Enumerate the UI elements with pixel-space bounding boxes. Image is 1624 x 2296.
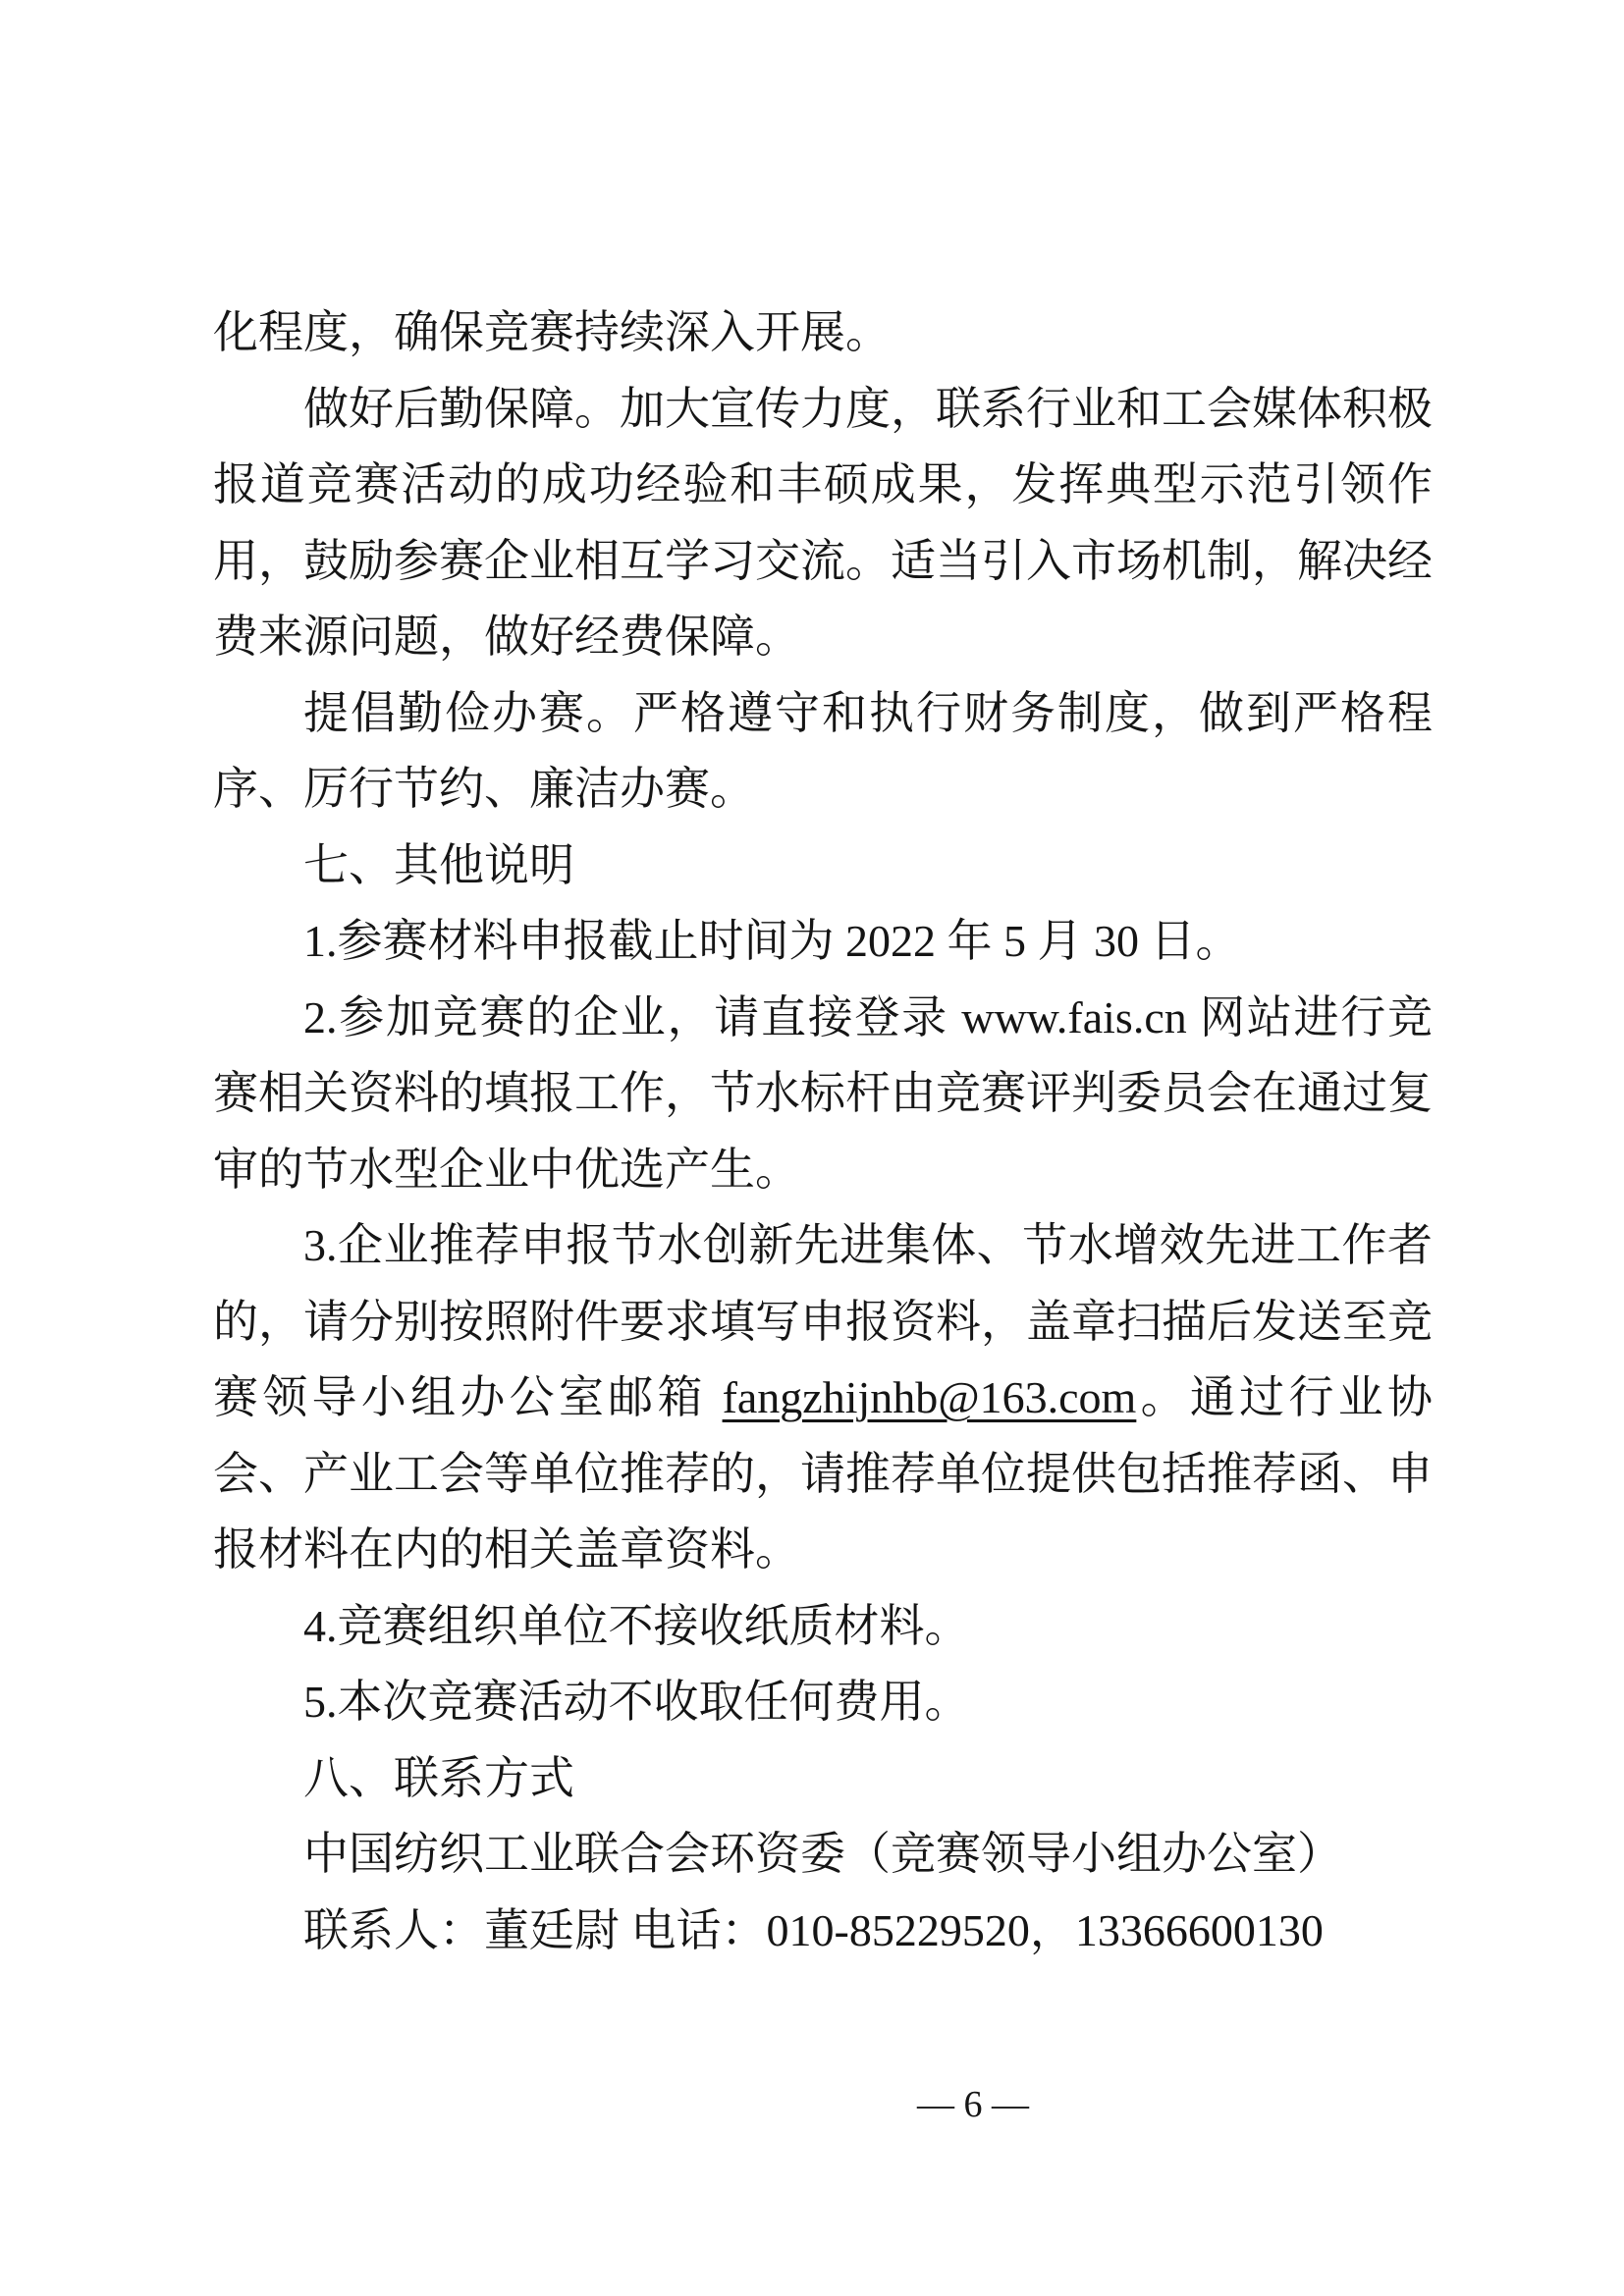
email-link[interactable]: fangzhijnhb@163.com <box>723 1372 1137 1422</box>
document-body: 化程度，确保竞赛持续深入开展。 做好后勤保障。加大宣传力度，联系行业和工会媒体积… <box>213 294 1433 1968</box>
body-paragraph-thrift: 提倡勤俭办赛。严格遵守和执行财务制度，做到严格程序、厉行节约、廉洁办赛。 <box>213 675 1433 828</box>
note-item-3: 3.企业推荐申报节水创新先进集体、节水增效先进工作者的，请分别按照附件要求填写申… <box>213 1207 1433 1588</box>
body-paragraph-logistics: 做好后勤保障。加大宣传力度，联系行业和工会媒体积极报道竞赛活动的成功经验和丰硕成… <box>213 371 1433 675</box>
note-item-5: 5.本次竞赛活动不收取任何费用。 <box>213 1664 1433 1740</box>
section-heading-contact: 八、联系方式 <box>213 1740 1433 1817</box>
contact-org-line: 中国纺织工业联合会环资委（竞赛领导小组办公室） <box>213 1816 1433 1893</box>
note-item-4: 4.竞赛组织单位不接收纸质材料。 <box>213 1588 1433 1665</box>
note-item-1: 1.参赛材料申报截止时间为 2022 年 5 月 30 日。 <box>213 903 1433 980</box>
document-page: 化程度，确保竞赛持续深入开展。 做好后勤保障。加大宣传力度，联系行业和工会媒体积… <box>0 0 1624 2296</box>
contact-person-line: 联系人：董廷尉 电话：010-85229520，13366600130 <box>213 1893 1433 1969</box>
body-paragraph-continuation: 化程度，确保竞赛持续深入开展。 <box>213 294 1433 371</box>
note-item-2: 2.参加竞赛的企业，请直接登录 www.fais.cn 网站进行竞赛相关资料的填… <box>213 980 1433 1208</box>
page-number: — 6 — <box>865 2083 1081 2126</box>
section-heading-other-notes: 七、其他说明 <box>213 828 1433 904</box>
